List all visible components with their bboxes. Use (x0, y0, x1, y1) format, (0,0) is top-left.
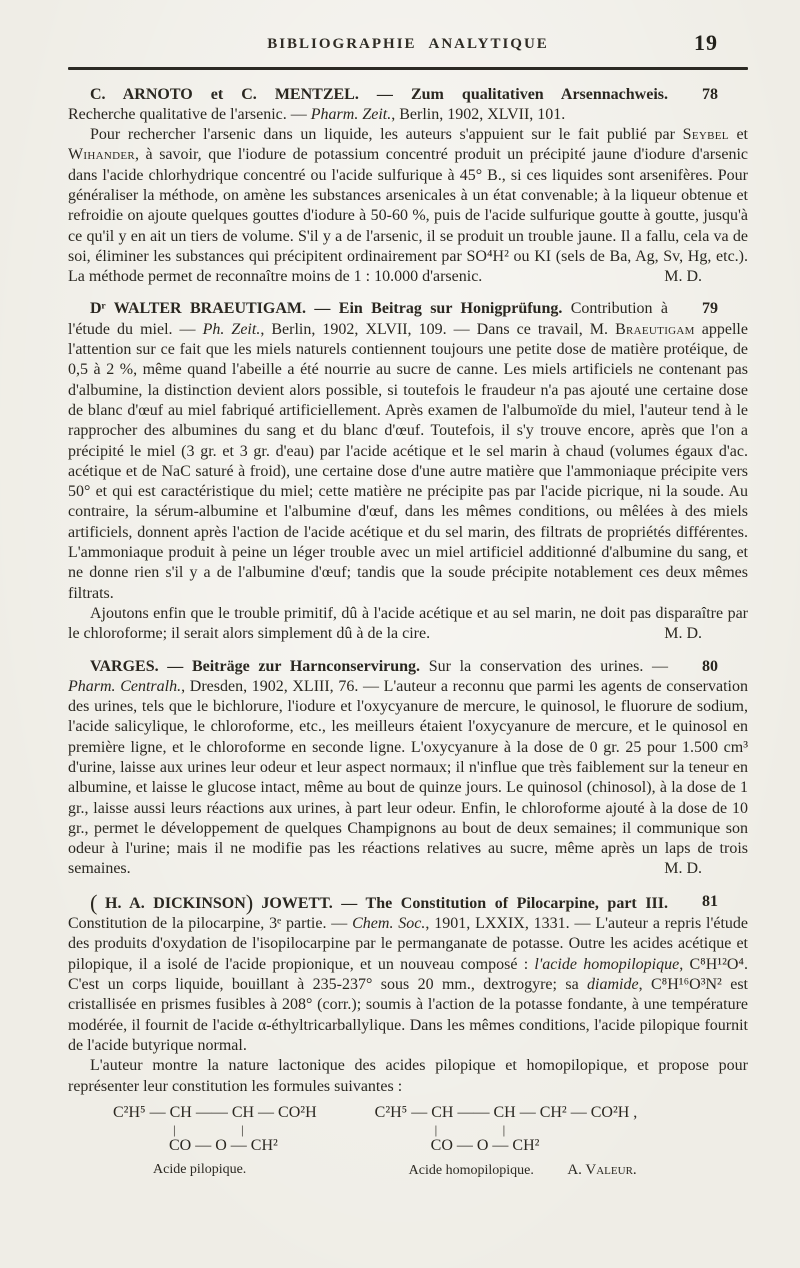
text-run: Braeutigam (615, 321, 695, 338)
entry-head-and-abstract: 81( H. A. DICKINSON) JOWETT. — The Const… (68, 892, 748, 1056)
text-run: Sur la conservation des urines. — (420, 658, 668, 675)
text-run: , à savoir, que l'iodure de potassium co… (68, 146, 748, 285)
bond-stroke: | (173, 1123, 176, 1136)
reviewer-signature: A. Valeur. (567, 1162, 636, 1178)
text-run: L'auteur montre la nature lactonique des… (68, 1057, 748, 1094)
header-rule (68, 67, 748, 70)
formula-bond-lines: | | (113, 1123, 317, 1136)
chemical-formulas: C²H⁵ — CH —— CH — CO²H | | CO — O — CH² … (113, 1103, 748, 1182)
entry-head-and-abstract: 79Dʳ WALTER BRAEUTIGAM. — Ein Beitrag su… (68, 299, 748, 603)
text-run: diamide (587, 976, 639, 993)
text-run: , Berlin, 1902, XLVII, 101. (391, 106, 565, 123)
abstracts-column: 78C. ARNOTO et C. MENTZEL. — Zum qualita… (68, 85, 748, 1182)
bibliography-entry-78: 78C. ARNOTO et C. MENTZEL. — Zum qualita… (68, 85, 748, 288)
text-run: VARGES. — Beiträge zur Harnconservirung. (90, 658, 420, 675)
entry-head-line: 78C. ARNOTO et C. MENTZEL. — Zum qualita… (68, 85, 748, 105)
text-run: M. D. (642, 267, 702, 287)
text-run: ) (246, 890, 262, 915)
formula-bottom-line: CO — O — CH² (431, 1136, 638, 1156)
text-run: et (729, 126, 748, 143)
text-run: appelle l'attention sur ce fait que les … (68, 321, 748, 602)
entry-number: 78 (680, 85, 718, 105)
bond-stroke: | (241, 1123, 244, 1136)
bibliography-entry-80: 80VARGES. — Beiträge zur Harnconservirun… (68, 657, 748, 880)
formula-bottom-line: CO — O — CH² (169, 1136, 317, 1156)
formula-top-line: C²H⁵ — CH —— CH — CH² — CO²H , (375, 1103, 638, 1123)
bond-stroke: | (503, 1123, 506, 1136)
running-header: BIBLIOGRAPHIE ANALYTIQUE 19 (68, 26, 748, 62)
formula-caption-row: Acide homopilopique. A. Valeur. (409, 1160, 638, 1181)
text-run: Chem. Soc. (352, 915, 425, 932)
entry-head-and-abstract: 80VARGES. — Beiträge zur Harnconservirun… (68, 657, 748, 880)
text-run: Dʳ WALTER BRAEUTIGAM. — Ein Beitrag sur … (90, 300, 562, 317)
formula-top-line: C²H⁵ — CH —— CH — CO²H (113, 1103, 317, 1123)
bibliography-entry-79: 79Dʳ WALTER BRAEUTIGAM. — Ein Beitrag su… (68, 299, 748, 644)
text-run: Wihander (68, 146, 135, 163)
entry-reference-line: Recherche qualitative de l'arsenic. — Ph… (68, 105, 748, 125)
formula-pilopic-acid: C²H⁵ — CH —— CH — CO²H | | CO — O — CH² … (113, 1103, 317, 1182)
page-body: BIBLIOGRAPHIE ANALYTIQUE 19 78C. ARNOTO … (68, 26, 748, 1194)
text-run: Pharm. Zeit. (311, 106, 391, 123)
text-run: , Berlin, 1902, XLVII, 109. — Dans ce tr… (260, 321, 615, 338)
text-run: Pharm. Centralh. (68, 678, 181, 695)
text-run: M. D. (642, 624, 702, 644)
page-number: 19 (694, 30, 718, 56)
text-run: , Dresden, 1902, XLIII, 76. — L'auteur a… (68, 678, 748, 878)
text-run: H. A. DICKINSON (96, 895, 245, 912)
text-run: Seybel (683, 126, 729, 143)
formula-caption: Acide homopilopique. (409, 1163, 534, 1178)
formula-bond-lines: | | (375, 1123, 638, 1136)
entry-number: 79 (680, 299, 718, 319)
entry-number: 81 (680, 892, 718, 912)
entry-abstract: Pour rechercher l'arsenic dans un liquid… (68, 125, 748, 287)
text-run: M. D. (642, 859, 702, 879)
entry-number: 80 (680, 657, 718, 677)
text-run: l'acide homopilopique (534, 956, 679, 973)
text-run: JOWETT. — The Constitution of Pilocarpin… (261, 895, 668, 912)
text-run: Ph. Zeit. (203, 321, 261, 338)
formula-caption: Acide pilopique. (153, 1160, 317, 1180)
journal-section-title: BIBLIOGRAPHIE ANALYTIQUE (68, 26, 748, 53)
entry-abstract-continued: L'auteur montre la nature lactonique des… (68, 1056, 748, 1097)
formula-homopilopic-acid: C²H⁵ — CH —— CH — CH² — CO²H , | | CO — … (375, 1103, 638, 1182)
text-run: C. ARNOTO et C. MENTZEL. — Zum qualitati… (90, 86, 668, 103)
bibliography-entry-81: 81( H. A. DICKINSON) JOWETT. — The Const… (68, 892, 748, 1182)
text-run: Constitution de la pilocarpine, 3ᵉ parti… (68, 915, 352, 932)
scanned-journal-page: { "colors": { "page_bg": "#efede6", "ink… (0, 0, 800, 1268)
text-run: Recherche qualitative de l'arsenic. — (68, 106, 311, 123)
text-run: Pour rechercher l'arsenic dans un liquid… (90, 126, 683, 143)
bond-stroke: | (435, 1123, 438, 1136)
entry-abstract-continued: Ajoutons enfin que le trouble primitif, … (68, 604, 748, 645)
